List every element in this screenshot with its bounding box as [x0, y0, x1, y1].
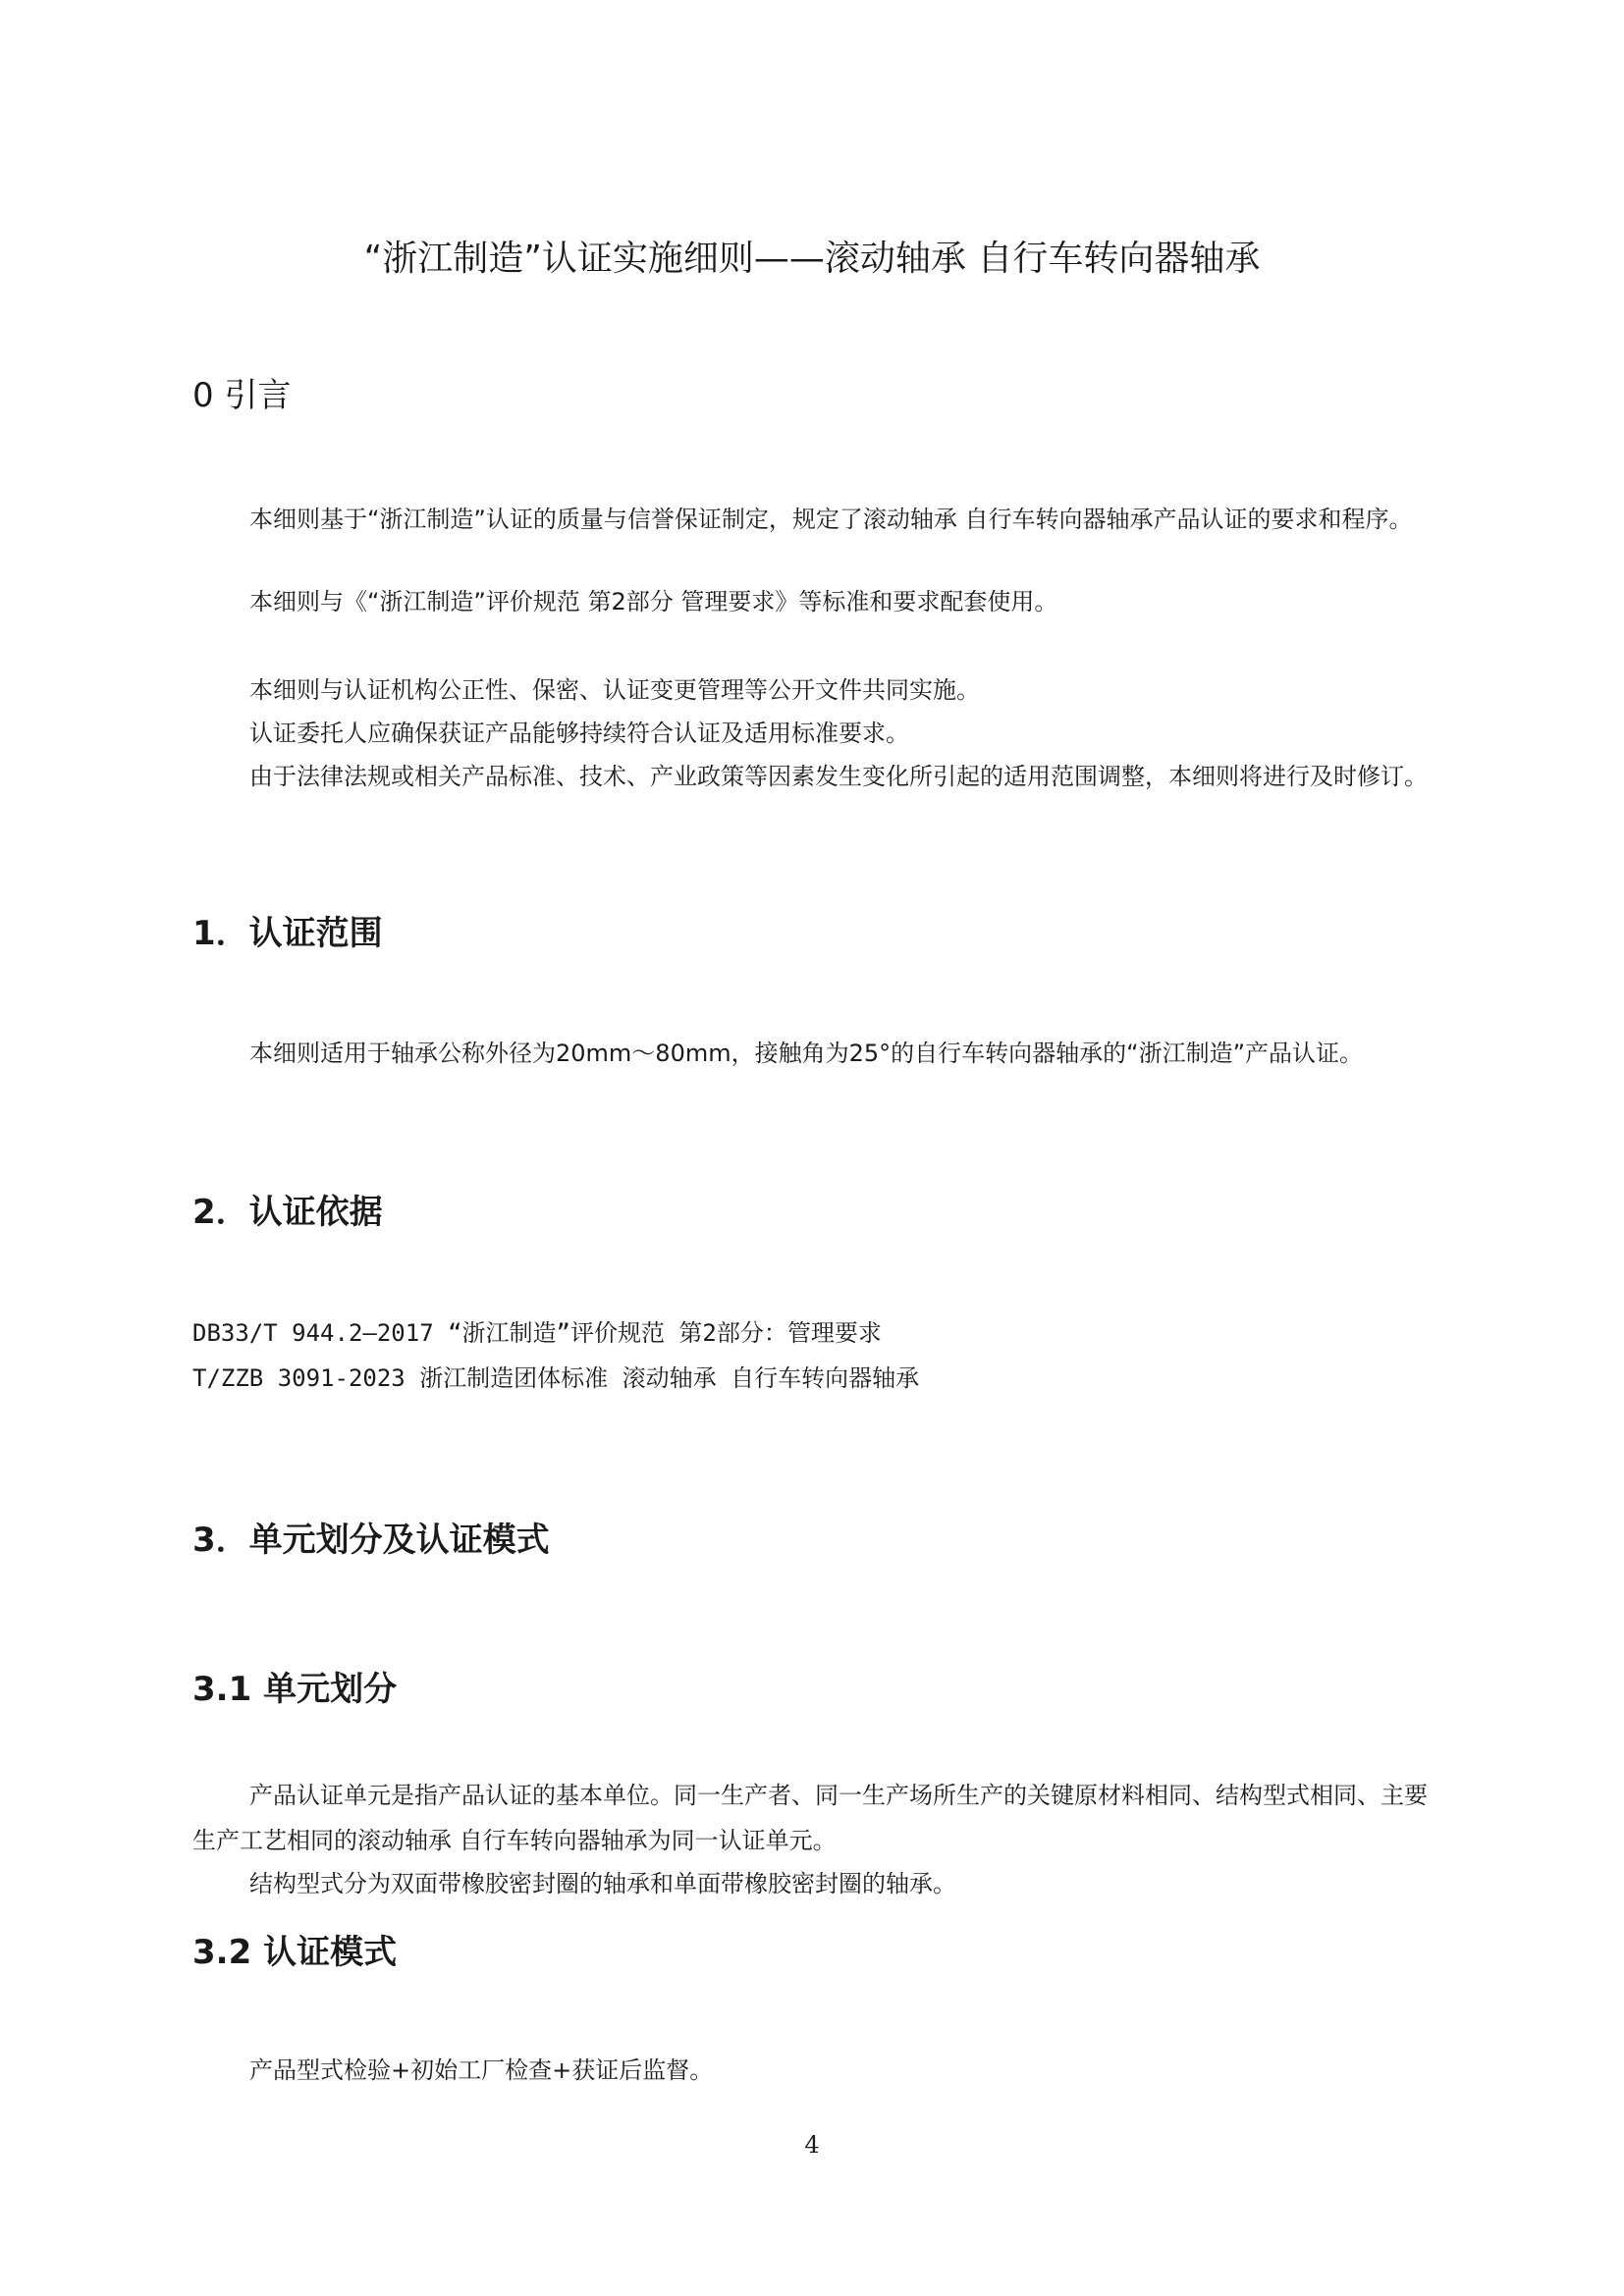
intro-paragraph-3: 本细则与认证机构公正性、保密、认证变更管理等公开文件共同实施。	[192, 667, 1439, 713]
section-heading-scope: 1．认证范围	[192, 911, 383, 956]
unit-division-paragraph-1: 产品认证单元是指产品认证的基本单位。同一生产者、同一生产场所生产的关键原材料相同…	[192, 1773, 1439, 1863]
reference-standard-2: T/ZZB 3091-2023 浙江制造团体标准 滚动轴承 自行车转向器轴承	[192, 1357, 919, 1400]
section-heading-units: 3．单元划分及认证模式	[192, 1518, 550, 1563]
unit-division-paragraph-2: 结构型式分为双面带橡胶密封圈的轴承和单面带橡胶密封圈的轴承。	[192, 1861, 1439, 1906]
section-heading-intro: 0 引言	[192, 373, 291, 418]
page-number: 4	[0, 2130, 1624, 2160]
intro-paragraph-5: 由于法律法规或相关产品标准、技术、产业政策等因素发生变化所引起的适用范围调整，本…	[192, 754, 1439, 799]
intro-paragraph-4: 认证委托人应确保获证产品能够持续符合认证及适用标准要求。	[192, 711, 1439, 756]
document-title: “浙江制造”认证实施细则——滚动轴承 自行车转向器轴承	[0, 236, 1624, 283]
subsection-heading-cert-mode: 3.2 认证模式	[192, 1930, 397, 1975]
cert-mode-paragraph-1: 产品型式检验+初始工厂检查+获证后监督。	[192, 2048, 1439, 2093]
subsection-heading-unit-division: 3.1 单元划分	[192, 1667, 397, 1712]
intro-paragraph-2: 本细则与《“浙江制造”评价规范 第2部分 管理要求》等标准和要求配套使用。	[192, 579, 1439, 624]
intro-paragraph-1: 本细则基于“浙江制造”认证的质量与信誉保证制定，规定了滚动轴承 自行车转向器轴承…	[192, 497, 1439, 542]
scope-paragraph-1: 本细则适用于轴承公称外径为20mm～80mm，接触角为25°的自行车转向器轴承的…	[192, 1031, 1439, 1076]
section-heading-basis: 2．认证依据	[192, 1190, 383, 1235]
reference-standard-1: DB33/T 944.2—2017 “浙江制造”评价规范 第2部分：管理要求	[192, 1311, 882, 1355]
